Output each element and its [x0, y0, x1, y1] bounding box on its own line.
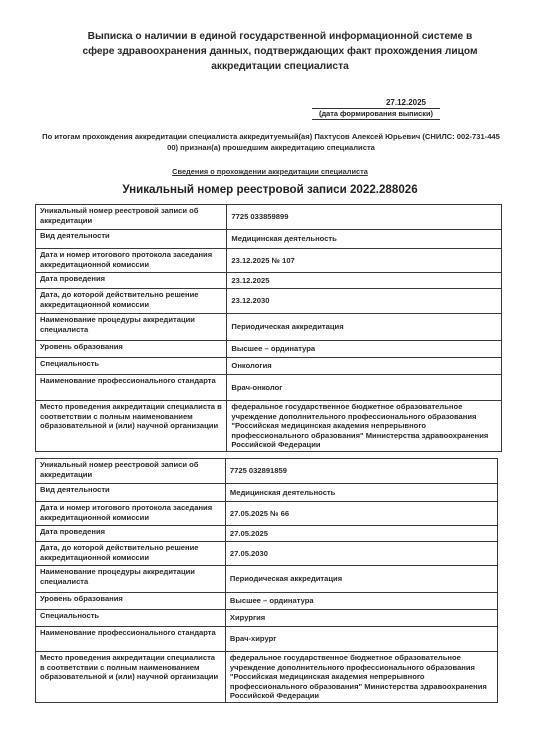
row-label: Дата проведения — [36, 273, 227, 289]
row-value: 23.12.2030 — [227, 289, 502, 314]
row-label: Уникальный номер реестровой записи об ак… — [36, 459, 226, 484]
row-value: 7725 032891859 — [225, 459, 497, 484]
table-row: Уровень образования Высшее – ординатура — [36, 593, 498, 610]
row-label: Наименование процедуры аккредитации спец… — [36, 566, 226, 593]
row-value: 7725 033859899 — [227, 205, 502, 230]
table-row: Специальность Онкология — [36, 358, 502, 375]
row-value: 27.05.2030 — [225, 542, 497, 566]
row-value: Медицинская деятельность — [227, 230, 502, 249]
accreditation-record-table-2: Уникальный номер реестровой записи об ак… — [35, 458, 498, 703]
row-value: Периодическая аккредитация — [227, 314, 502, 341]
row-label: Специальность — [36, 610, 226, 627]
table-row: Вид деятельности Медицинская деятельност… — [36, 484, 498, 502]
row-label: Дата, до которой действительно решение а… — [36, 542, 226, 566]
row-value: Медицинская деятельность — [225, 484, 497, 502]
table-row: Наименование процедуры аккредитации спец… — [36, 566, 498, 593]
row-label: Дата, до которой действительно решение а… — [36, 289, 227, 314]
row-label: Наименование профессионального стандарта — [36, 375, 227, 401]
accreditation-record-table-1: Уникальный номер реестровой записи об ак… — [35, 204, 502, 452]
row-value: федеральное государственное бюджетное об… — [225, 652, 497, 703]
row-value: Высшее – ординатура — [225, 593, 497, 610]
row-label: Специальность — [36, 358, 227, 375]
table-row: Наименование профессионального стандарта… — [36, 375, 502, 401]
row-label: Дата проведения — [36, 526, 226, 542]
table-row: Дата проведения 23.12.2025 — [36, 273, 502, 289]
table-row: Дата и номер итогового протокола заседан… — [36, 502, 498, 526]
row-value: 27.05.2025 № 66 — [225, 502, 497, 526]
table-row: Дата проведения 27.05.2025 — [36, 526, 498, 542]
intro-paragraph: По итогам прохождения аккредитации специ… — [36, 131, 506, 153]
row-value: Онкология — [227, 358, 502, 375]
row-label: Наименование процедуры аккредитации спец… — [36, 314, 227, 341]
table-row: Вид деятельности Медицинская деятельност… — [36, 230, 502, 249]
row-label: Дата и номер итогового протокола заседан… — [36, 502, 226, 526]
table-row: Уникальный номер реестровой записи об ак… — [36, 459, 498, 484]
row-value: Высшее – ординатура — [227, 341, 502, 358]
row-value: 23.12.2025 — [227, 273, 502, 289]
row-label: Вид деятельности — [36, 484, 226, 502]
row-label: Наименование профессионального стандарта — [36, 627, 226, 652]
row-label: Место проведения аккредитации специалист… — [36, 401, 227, 452]
section-heading: Сведения о прохождении аккредитации спец… — [100, 167, 440, 176]
row-value: Врач-хирург — [225, 627, 497, 652]
row-label: Место проведения аккредитации специалист… — [36, 652, 226, 703]
table-row: Специальность Хирургия — [36, 610, 498, 627]
row-label: Вид деятельности — [36, 230, 227, 249]
table-row: Уровень образования Высшее – ординатура — [36, 341, 502, 358]
issue-date-block: 27.12.2025 (дата формирования выписки) — [312, 98, 440, 120]
issue-date-caption: (дата формирования выписки) — [312, 109, 440, 120]
row-label: Уровень образования — [36, 593, 226, 610]
row-value: Врач-онколог — [227, 375, 502, 401]
table-row: Дата и номер итогового протокола заседан… — [36, 249, 502, 273]
row-value: Хирургия — [225, 610, 497, 627]
table-row: Место проведения аккредитации специалист… — [36, 401, 502, 452]
issue-date: 27.12.2025 — [312, 98, 440, 109]
table-row: Дата, до которой действительно решение а… — [36, 289, 502, 314]
row-value: федеральное государственное бюджетное об… — [227, 401, 502, 452]
row-label: Уникальный номер реестровой записи об ак… — [36, 205, 227, 230]
row-label: Дата и номер итогового протокола заседан… — [36, 249, 227, 273]
table-row: Уникальный номер реестровой записи об ак… — [36, 205, 502, 230]
document-title: Выписка о наличии в единой государственн… — [80, 29, 480, 74]
table-row: Дата, до которой действительно решение а… — [36, 542, 498, 566]
row-value: Периодическая аккредитация — [225, 566, 497, 593]
row-value: 27.05.2025 — [225, 526, 497, 542]
table-row: Наименование процедуры аккредитации спец… — [36, 314, 502, 341]
registry-heading: Уникальный номер реестровой записи 2022.… — [80, 183, 460, 196]
row-label: Уровень образования — [36, 341, 227, 358]
table-row: Наименование профессионального стандарта… — [36, 627, 498, 652]
row-value: 23.12.2025 № 107 — [227, 249, 502, 273]
table-row: Место проведения аккредитации специалист… — [36, 652, 498, 703]
